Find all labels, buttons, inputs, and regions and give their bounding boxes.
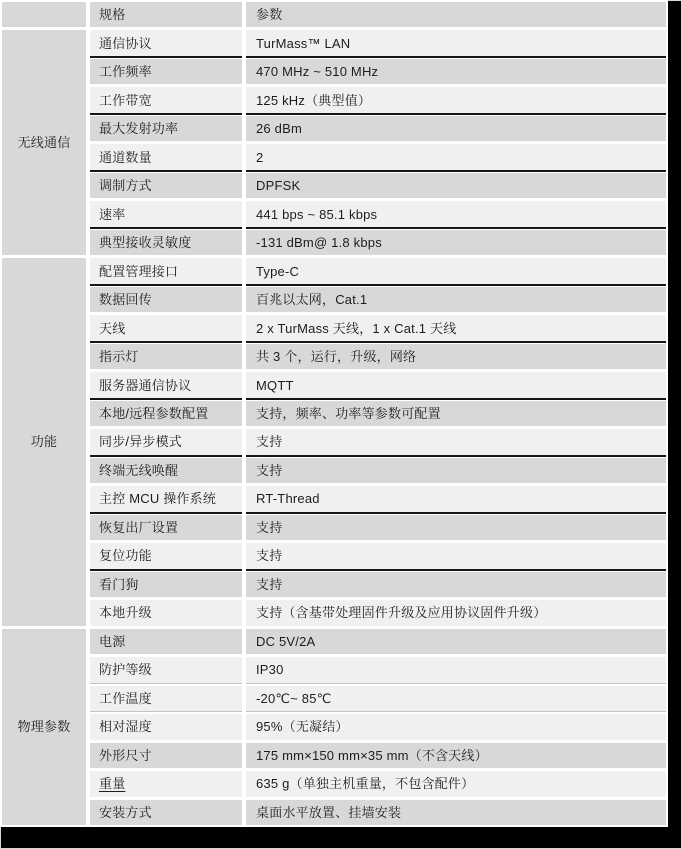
param-cell: 支持 <box>246 458 666 483</box>
spec-cell: 典型接收灵敏度 <box>90 230 242 255</box>
param-cell: 95%（无凝结） <box>246 714 666 739</box>
param-cell: 175 mm×150 mm×35 mm（不含天线） <box>246 743 666 768</box>
spec-cell: 安装方式 <box>90 800 242 825</box>
spec-cell: 防护等级 <box>90 657 242 682</box>
spec-cell: 服务器通信协议 <box>90 372 242 397</box>
param-cell: -20℃~ 85℃ <box>246 686 666 711</box>
spec-cell: 看门狗 <box>90 572 242 597</box>
column-header-param: 参数 <box>246 2 666 27</box>
param-cell: IP30 <box>246 657 666 682</box>
spec-cell: 重量 <box>90 771 242 796</box>
spec-cell: 速率 <box>90 201 242 226</box>
param-cell: 26 dBm <box>246 116 666 141</box>
param-cell: 百兆以太网，Cat.1 <box>246 287 666 312</box>
param-cell: 125 kHz（典型值） <box>246 87 666 112</box>
param-cell: 共 3 个，运行，升级，网络 <box>246 344 666 369</box>
param-cell: 635 g（单独主机重量，不包含配件） <box>246 771 666 796</box>
spec-cell: 数据回传 <box>90 287 242 312</box>
param-cell: 470 MHz ~ 510 MHz <box>246 59 666 84</box>
param-cell: 支持 <box>246 543 666 568</box>
param-cell: 支持（含基带处理固件升级及应用协议固件升级） <box>246 600 666 625</box>
param-cell: DC 5V/2A <box>246 629 666 654</box>
param-cell: 441 bps ~ 85.1 kbps <box>246 201 666 226</box>
spec-cell: 本地/远程参数配置 <box>90 401 242 426</box>
spec-cell: 本地升级 <box>90 600 242 625</box>
param-cell: 2 x TurMass 天线，1 x Cat.1 天线 <box>246 315 666 340</box>
spec-cell: 指示灯 <box>90 344 242 369</box>
param-cell: 支持 <box>246 515 666 540</box>
category-cell: 无线通信 <box>2 30 86 255</box>
category-cell: 功能 <box>2 258 86 625</box>
spec-cell: 天线 <box>90 315 242 340</box>
spec-cell: 电源 <box>90 629 242 654</box>
spec-cell: 工作温度 <box>90 686 242 711</box>
spec-cell: 主控 MCU 操作系统 <box>90 486 242 511</box>
spec-cell: 同步/异步模式 <box>90 429 242 454</box>
param-cell: Type-C <box>246 258 666 283</box>
screenshot-frame: 规格 参数 无线通信通信协议TurMass™ LAN工作频率470 MHz ~ … <box>0 0 682 849</box>
column-header-spec: 规格 <box>90 2 242 27</box>
category-cell: 物理参数 <box>2 629 86 825</box>
spec-cell: 通信协议 <box>90 30 242 55</box>
spec-cell: 恢复出厂设置 <box>90 515 242 540</box>
param-cell: TurMass™ LAN <box>246 30 666 55</box>
spec-table: 规格 参数 无线通信通信协议TurMass™ LAN工作频率470 MHz ~ … <box>2 2 666 825</box>
spec-cell: 工作带宽 <box>90 87 242 112</box>
spec-cell: 复位功能 <box>90 543 242 568</box>
param-cell: 支持 <box>246 572 666 597</box>
corner-cell <box>2 2 86 27</box>
spec-sheet-page: 规格 参数 无线通信通信协议TurMass™ LAN工作频率470 MHz ~ … <box>0 0 668 827</box>
param-cell: 桌面水平放置、挂墙安装 <box>246 800 666 825</box>
param-cell: -131 dBm@ 1.8 kbps <box>246 230 666 255</box>
param-cell: RT-Thread <box>246 486 666 511</box>
param-cell: 支持，频率、功率等参数可配置 <box>246 401 666 426</box>
spec-cell: 配置管理接口 <box>90 258 242 283</box>
spec-cell: 最大发射功率 <box>90 116 242 141</box>
param-cell: 支持 <box>246 429 666 454</box>
spec-cell: 调制方式 <box>90 173 242 198</box>
spec-cell: 相对湿度 <box>90 714 242 739</box>
spec-cell: 工作频率 <box>90 59 242 84</box>
spec-cell: 外形尺寸 <box>90 743 242 768</box>
spec-cell: 通道数量 <box>90 144 242 169</box>
spec-cell: 终端无线唤醒 <box>90 458 242 483</box>
param-cell: MQTT <box>246 372 666 397</box>
param-cell: DPFSK <box>246 173 666 198</box>
param-cell: 2 <box>246 144 666 169</box>
